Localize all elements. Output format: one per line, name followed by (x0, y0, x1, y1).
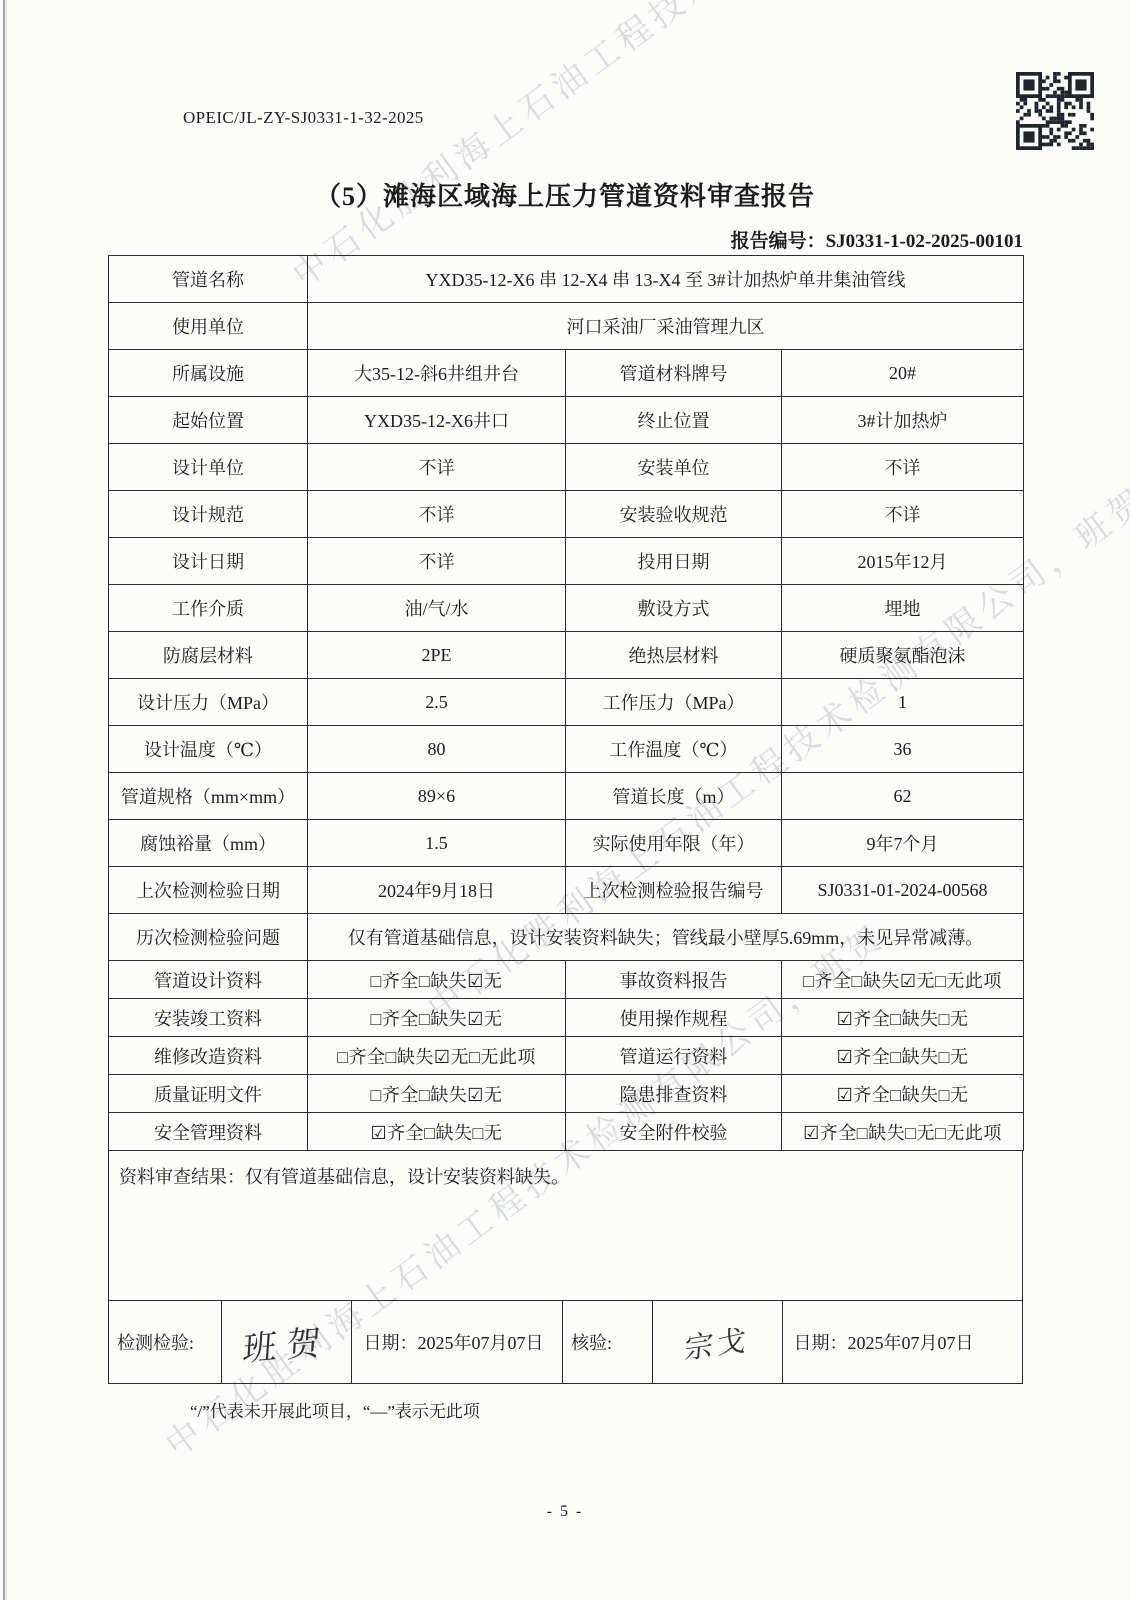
field-value: 仅有管道基础信息，设计安装资料缺失；管线最小壁厚5.69mm，未见异常减薄。 (308, 914, 1024, 961)
table-row: 上次检测检验日期2024年9月18日上次检测检验报告编号SJ0331-01-20… (109, 867, 1024, 914)
field-label: 维修改造资料 (109, 1037, 308, 1075)
field-label: 敷设方式 (566, 585, 782, 632)
field-label: 管道名称 (109, 256, 308, 303)
field-label: 绝热层材料 (566, 632, 782, 679)
field-label: 上次检测检验日期 (109, 867, 308, 914)
table-row: 质量证明文件□齐全□缺失☑无隐患排查资料☑齐全□缺失□无 (109, 1075, 1024, 1113)
field-value: 2.5 (308, 679, 566, 726)
field-value: 不详 (782, 444, 1024, 491)
checkbox-value: □齐全□缺失☑无 (308, 1075, 566, 1113)
field-value: 不详 (308, 538, 566, 585)
field-label: 隐患排查资料 (566, 1075, 782, 1113)
scan-edge (3, 0, 5, 1600)
field-label: 设计规范 (109, 491, 308, 538)
table-row: 防腐层材料2PE绝热层材料硬质聚氨酯泡沫 (109, 632, 1024, 679)
field-value: 2015年12月 (782, 538, 1024, 585)
table-row: 管道名称YXD35-12-X6 串 12-X4 串 13-X4 至 3#计加热炉… (109, 256, 1024, 303)
review-result-cell: 资料审查结果：仅有管道基础信息，设计安装资料缺失。 (108, 1151, 1023, 1301)
field-label: 工作温度（℃） (566, 726, 782, 773)
footnote: “/”代表未开展此项目，“—”表示无此项 (190, 1397, 480, 1422)
checkbox-value: ☑齐全□缺失□无 (308, 1113, 566, 1151)
field-label: 安装竣工资料 (109, 999, 308, 1037)
table-row: 设计日期不详投用日期2015年12月 (109, 538, 1024, 585)
table-row: 工作介质油/气/水敷设方式埋地 (109, 585, 1024, 632)
inspector-signature: 班贺 (222, 1301, 353, 1383)
field-value: 1 (782, 679, 1024, 726)
document-code: OPEIC/JL-ZY-SJ0331-1-32-2025 (183, 108, 424, 128)
checkbox-value: □齐全□缺失☑无□无此项 (782, 961, 1024, 999)
field-label: 防腐层材料 (109, 632, 308, 679)
checkbox-value: ☑齐全□缺失□无 (782, 999, 1024, 1037)
field-label: 事故资料报告 (566, 961, 782, 999)
field-label: 设计单位 (109, 444, 308, 491)
field-label: 管道长度（m） (566, 773, 782, 820)
checkbox-value: □齐全□缺失☑无□无此项 (308, 1037, 566, 1075)
field-label: 腐蚀裕量（mm） (109, 820, 308, 867)
verifier-label: 核验: (563, 1301, 653, 1383)
field-label: 安全管理资料 (109, 1113, 308, 1151)
checkbox-value: □齐全□缺失☑无 (308, 999, 566, 1037)
field-label: 管道设计资料 (109, 961, 308, 999)
field-value: 36 (782, 726, 1024, 773)
field-value: 不详 (782, 491, 1024, 538)
report-table: 管道名称YXD35-12-X6 串 12-X4 串 13-X4 至 3#计加热炉… (108, 255, 1023, 1384)
inspector-label: 检测检验: (109, 1301, 222, 1383)
field-value: 62 (782, 773, 1024, 820)
table-row: 使用单位河口采油厂采油管理九区 (109, 303, 1024, 350)
verifier-date: 日期：2025年07月07日 (783, 1301, 1022, 1383)
field-label: 上次检测检验报告编号 (566, 867, 782, 914)
field-value: YXD35-12-X6 串 12-X4 串 13-X4 至 3#计加热炉单井集油… (308, 256, 1024, 303)
field-label: 所属设施 (109, 350, 308, 397)
table-row: 起始位置YXD35-12-X6井口终止位置3#计加热炉 (109, 397, 1024, 444)
field-value: 3#计加热炉 (782, 397, 1024, 444)
field-value: 20# (782, 350, 1024, 397)
field-value: 埋地 (782, 585, 1024, 632)
field-label: 使用单位 (109, 303, 308, 350)
signature-row: 检测检验: 班贺 日期：2025年07月07日 核验: 宗戈 日期：2025年0… (108, 1301, 1023, 1384)
field-label: 实际使用年限（年） (566, 820, 782, 867)
table-row: 历次检测检验问题仅有管道基础信息，设计安装资料缺失；管线最小壁厚5.69mm，未… (109, 914, 1024, 961)
field-value: 2PE (308, 632, 566, 679)
field-value: YXD35-12-X6井口 (308, 397, 566, 444)
field-value: 不详 (308, 491, 566, 538)
pipeline-info-table: 管道名称YXD35-12-X6 串 12-X4 串 13-X4 至 3#计加热炉… (108, 255, 1024, 1151)
field-value: SJ0331-01-2024-00568 (782, 867, 1024, 914)
report-number: 报告编号：SJ0331-1-02-2025-00101 (731, 226, 1023, 253)
table-row: 设计压力（MPa）2.5工作压力（MPa）1 (109, 679, 1024, 726)
field-label: 安装验收规范 (566, 491, 782, 538)
field-label: 设计日期 (109, 538, 308, 585)
field-value: 油/气/水 (308, 585, 566, 632)
field-value: 89×6 (308, 773, 566, 820)
field-value: 河口采油厂采油管理九区 (308, 303, 1024, 350)
checkbox-value: ☑齐全□缺失□无 (782, 1075, 1024, 1113)
field-value: 大35-12-斜6井组井台 (308, 350, 566, 397)
page-number: - 5 - (0, 1503, 1130, 1521)
field-label: 设计压力（MPa） (109, 679, 308, 726)
verifier-signature: 宗戈 (653, 1301, 783, 1383)
table-row: 安装竣工资料□齐全□缺失☑无使用操作规程☑齐全□缺失□无 (109, 999, 1024, 1037)
verifier-signature-text: 宗戈 (652, 1312, 782, 1372)
field-label: 工作压力（MPa） (566, 679, 782, 726)
field-label: 质量证明文件 (109, 1075, 308, 1113)
table-row: 维修改造资料□齐全□缺失☑无□无此项管道运行资料☑齐全□缺失□无 (109, 1037, 1024, 1075)
field-label: 管道材料牌号 (566, 350, 782, 397)
field-label: 安装单位 (566, 444, 782, 491)
field-value: 80 (308, 726, 566, 773)
checkbox-value: □齐全□缺失☑无 (308, 961, 566, 999)
table-row: 设计规范不详安装验收规范不详 (109, 491, 1024, 538)
field-label: 终止位置 (566, 397, 782, 444)
field-label: 工作介质 (109, 585, 308, 632)
field-label: 历次检测检验问题 (109, 914, 308, 961)
scanned-report-page: 中石化胜利海上石油工程技术检测有限公司，班贺 中石化胜利海上石油工程技术检测有限… (0, 0, 1130, 1600)
field-value: 2024年9月18日 (308, 867, 566, 914)
table-row: 安全管理资料☑齐全□缺失□无安全附件校验☑齐全□缺失□无□无此项 (109, 1113, 1024, 1151)
table-row: 管道设计资料□齐全□缺失☑无事故资料报告□齐全□缺失☑无□无此项 (109, 961, 1024, 999)
field-value: 不详 (308, 444, 566, 491)
table-row: 设计温度（℃）80工作温度（℃）36 (109, 726, 1024, 773)
field-label: 设计温度（℃） (109, 726, 308, 773)
inspector-signature-text: 班贺 (220, 1312, 353, 1373)
checkbox-value: ☑齐全□缺失□无□无此项 (782, 1113, 1024, 1151)
inspector-date: 日期：2025年07月07日 (352, 1301, 563, 1383)
field-value: 硬质聚氨酯泡沫 (782, 632, 1024, 679)
field-label: 使用操作规程 (566, 999, 782, 1037)
table-row: 所属设施大35-12-斜6井组井台管道材料牌号20# (109, 350, 1024, 397)
checkbox-value: ☑齐全□缺失□无 (782, 1037, 1024, 1075)
page-title: （5）滩海区域海上压力管道资料审查报告 (0, 176, 1130, 213)
table-row: 腐蚀裕量（mm）1.5实际使用年限（年）9年7个月 (109, 820, 1024, 867)
field-value: 9年7个月 (782, 820, 1024, 867)
field-label: 起始位置 (109, 397, 308, 444)
table-row: 设计单位不详安装单位不详 (109, 444, 1024, 491)
field-label: 管道运行资料 (566, 1037, 782, 1075)
field-label: 投用日期 (566, 538, 782, 585)
scan-edge (6, 0, 7, 1600)
field-value: 1.5 (308, 820, 566, 867)
field-label: 安全附件校验 (566, 1113, 782, 1151)
table-row: 管道规格（mm×mm）89×6管道长度（m）62 (109, 773, 1024, 820)
field-label: 管道规格（mm×mm） (109, 773, 308, 820)
qr-code-icon (1016, 72, 1094, 150)
